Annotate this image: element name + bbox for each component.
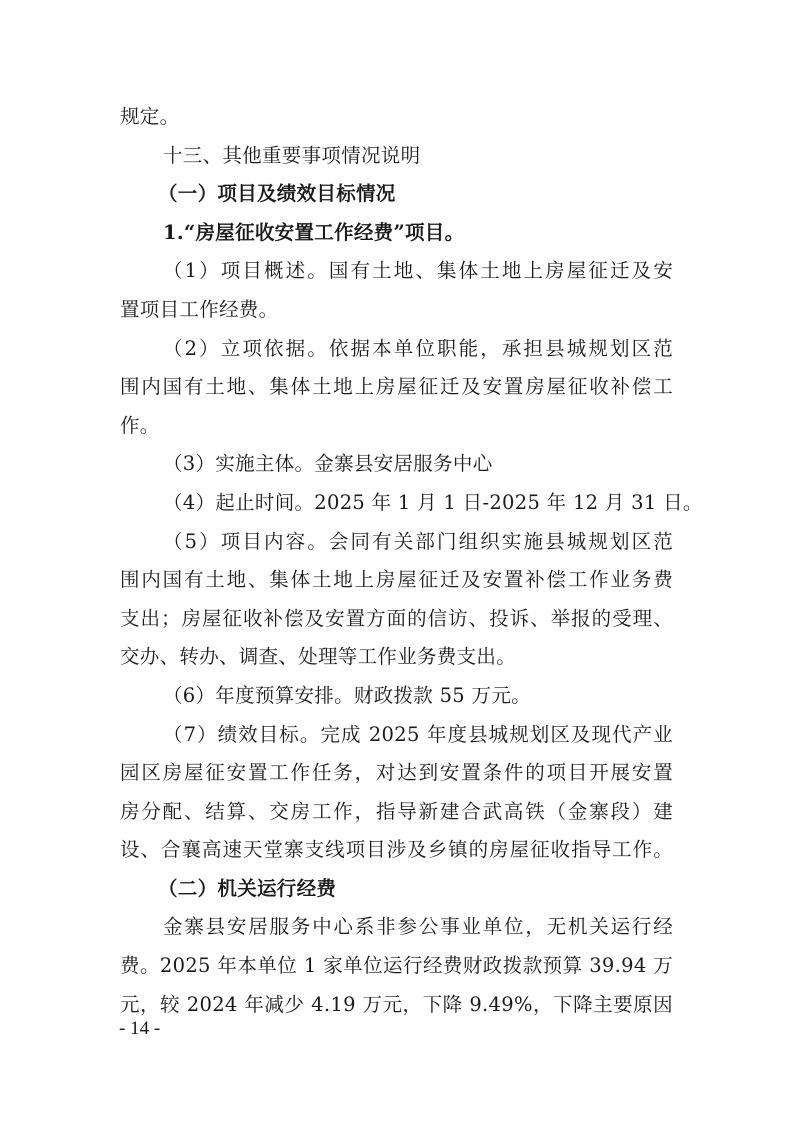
paragraph-line: 交办、转办、调查、处理等工作业务费支出。 bbox=[120, 638, 673, 677]
subsection-heading-1: （一）项目及绩效目标情况 bbox=[120, 175, 673, 214]
document-page: 规定。 十三、其他重要事项情况说明 （一）项目及绩效目标情况 1.“房屋征收安置… bbox=[120, 98, 673, 1024]
paragraph-line: 房分配、结算、交房工作，指导新建合武高铁（金寨段）建 bbox=[120, 793, 673, 832]
item-heading-1: 1.“房屋征收安置工作经费”项目。 bbox=[120, 214, 673, 253]
paragraph-line: 元，较 2024 年减少 4.19 万元，下降 9.49%，下降主要原因 bbox=[120, 986, 673, 1025]
paragraph-line: （7）绩效目标。完成 2025 年度县城规划区及现代产业 bbox=[120, 716, 673, 755]
section-heading-13: 十三、其他重要事项情况说明 bbox=[120, 137, 673, 176]
paragraph-line: 支出；房屋征收补偿及安置方面的信访、投诉、举报的受理、 bbox=[120, 600, 673, 639]
paragraph-line: 作。 bbox=[120, 407, 673, 446]
paragraph-line: （4）起止时间。2025 年 1 月 1 日-2025 年 12 月 31 日。 bbox=[120, 484, 673, 523]
paragraph-tail-text: 规定。 bbox=[120, 98, 673, 137]
subsection-heading-2: （二）机关运行经费 bbox=[120, 870, 673, 909]
paragraph-line: 金寨县安居服务中心系非参公事业单位，无机关运行经 bbox=[120, 908, 673, 947]
paragraph-line: 围内国有土地、集体土地上房屋征迁及安置房屋征收补偿工 bbox=[120, 368, 673, 407]
paragraph-line: 围内国有土地、集体土地上房屋征迁及安置补偿工作业务费 bbox=[120, 561, 673, 600]
paragraph-line: 费。2025 年本单位 1 家单位运行经费财政拨款预算 39.94 万 bbox=[120, 947, 673, 986]
paragraph-line: 园区房屋征安置工作任务，对达到安置条件的项目开展安置 bbox=[120, 754, 673, 793]
paragraph-line: （5）项目内容。会同有关部门组织实施县城规划区范 bbox=[120, 523, 673, 562]
paragraph-line: （2）立项依据。依据本单位职能，承担县城规划区范 bbox=[120, 330, 673, 369]
paragraph-line: （3）实施主体。金寨县安居服务中心 bbox=[120, 445, 673, 484]
paragraph-line: （1）项目概述。国有土地、集体土地上房屋征迁及安 bbox=[120, 252, 673, 291]
paragraph-line: 设、合襄高速天堂寨支线项目涉及乡镇的房屋征收指导工作。 bbox=[120, 831, 673, 870]
paragraph-line: 置项目工作经费。 bbox=[120, 291, 673, 330]
page-number: - 14 - bbox=[119, 1018, 160, 1040]
paragraph-line: （6）年度预算安排。财政拨款 55 万元。 bbox=[120, 677, 673, 716]
